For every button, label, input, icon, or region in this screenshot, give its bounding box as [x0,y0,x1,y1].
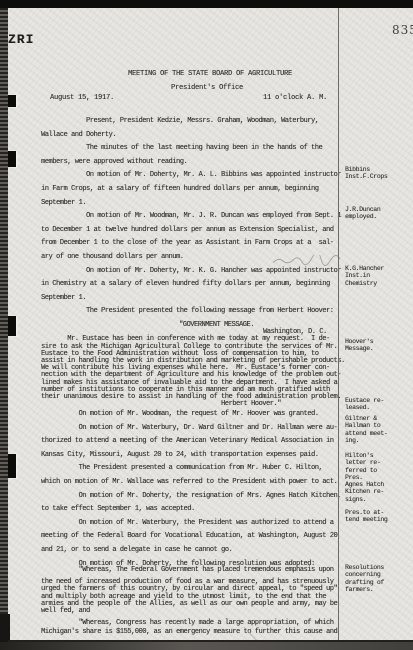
text-line: to December 1 at twelve hundred dollars … [41,224,347,238]
margin-note: Agnes Hatch Kitchen re- signs. [345,481,413,503]
binding-mark [8,151,16,167]
text-line: which on motion of Mr. Wallace was refer… [41,476,347,490]
meeting-time: 11 o'clock A. M. [263,94,327,102]
text-line: On motion of Mr. Waterbury, the Presiden… [41,517,347,531]
text-line: On motion of Mr. Doherty, the resignatio… [41,490,347,504]
text-line: in Chemistry at a salary of eleven hundr… [41,278,347,292]
text-line: On motion of Mr. Doherty, Mr. A. L. Bibb… [41,169,347,183]
text-line: September 1. [41,197,347,211]
text-line: members, were approved without reading. [41,156,347,170]
margin-note: Pres.to at- tend meeting [345,509,413,524]
text-line: September 1. [41,292,347,306]
meeting-location: President's Office [171,84,243,92]
government-message: "GOVERNMENT MESSAGE. Washington, D. C. M… [41,322,347,408]
meeting-title: MEETING OF THE STATE BOARD OF AGRICULTUR… [128,70,292,78]
binding-mark [8,95,16,107]
handwritten-annotation [271,255,343,267]
text-line: Michigan's share is $155,000, as an emer… [41,628,347,637]
text-line: The minutes of the last meeting having b… [41,142,347,156]
text-line: thorized to attend a meeting of the Amer… [41,435,347,449]
margin-note: K.G.Hancher Inst.in Chemistry [345,265,413,287]
margin-note: Giltner & Hallman to attend meet- ing. [345,415,413,444]
text-line: On motion of Mr. Woodman, Mr. J. R. Dunc… [41,210,347,224]
margin-note: Eustace re- leased. [345,397,413,412]
text-line: The President presented the following me… [41,305,347,319]
text-line: from December 1 to the close of the year… [41,237,347,251]
text-line: On motion of Mr. Woodman, the request of… [41,408,347,422]
scan-edge-bottom [0,642,413,650]
text-line: Present, President Kedzie, Messrs. Graha… [41,115,347,129]
margin-note: Hilton's letter re- ferred to Pres. [345,452,413,481]
opening-paragraphs: Present, President Kedzie, Messrs. Graha… [41,115,347,319]
binding-mark [8,454,16,478]
margin-rule [338,8,339,640]
text-line: and 21, or to send a delegate in case he… [41,544,347,558]
text-line: Wallace and Doherty. [41,129,347,143]
text-line: their unanimous desire to assist in hand… [41,394,347,401]
resolution-body: the need of increased production of food… [41,579,347,616]
text-line: Kansas City, Missouri, August 20 to 24, … [41,449,347,463]
text-line: On motion of Mr. Waterbury, Dr. Ward Gil… [41,422,347,436]
text-line: The President presented a communication … [41,462,347,476]
scan-edge-top [0,0,413,8]
scan-smudge [0,614,10,642]
margin-note: Resolutions concerning drafting of farme… [345,564,413,593]
page: ZRI 835 MEETING OF THE STATE BOARD OF AG… [8,8,413,641]
scan-edge-left [0,0,8,650]
resolution-intro: "Whereas, The Federal Government has pla… [41,566,347,575]
margin-note: Bibbins Inst.F.Crops [345,166,413,181]
text-line: "Whereas, Congress has recently made a l… [41,619,347,628]
text-line: in Farm Crops, at a salary of fifteen hu… [41,183,347,197]
text-line: to take effect September 1, was accepted… [41,503,347,517]
resolution-closing: "Whereas, Congress has recently made a l… [41,619,347,636]
margin-note: J.R.Duncan employed. [345,206,413,221]
text-line: meeting of the Federal Board for Vocatio… [41,530,347,544]
binding-mark [8,316,16,336]
archive-stamp: ZRI [8,32,34,47]
text-line: well fed, and [41,608,347,615]
resolution: "Whereas, The Federal Government has pla… [41,566,347,636]
meeting-date: August 15, 1917. [50,94,114,102]
motion-paragraphs: On motion of Mr. Woodman, the request of… [41,408,347,571]
margin-note: Hoover's Message. [345,338,413,353]
page-number: 835 [392,23,413,37]
